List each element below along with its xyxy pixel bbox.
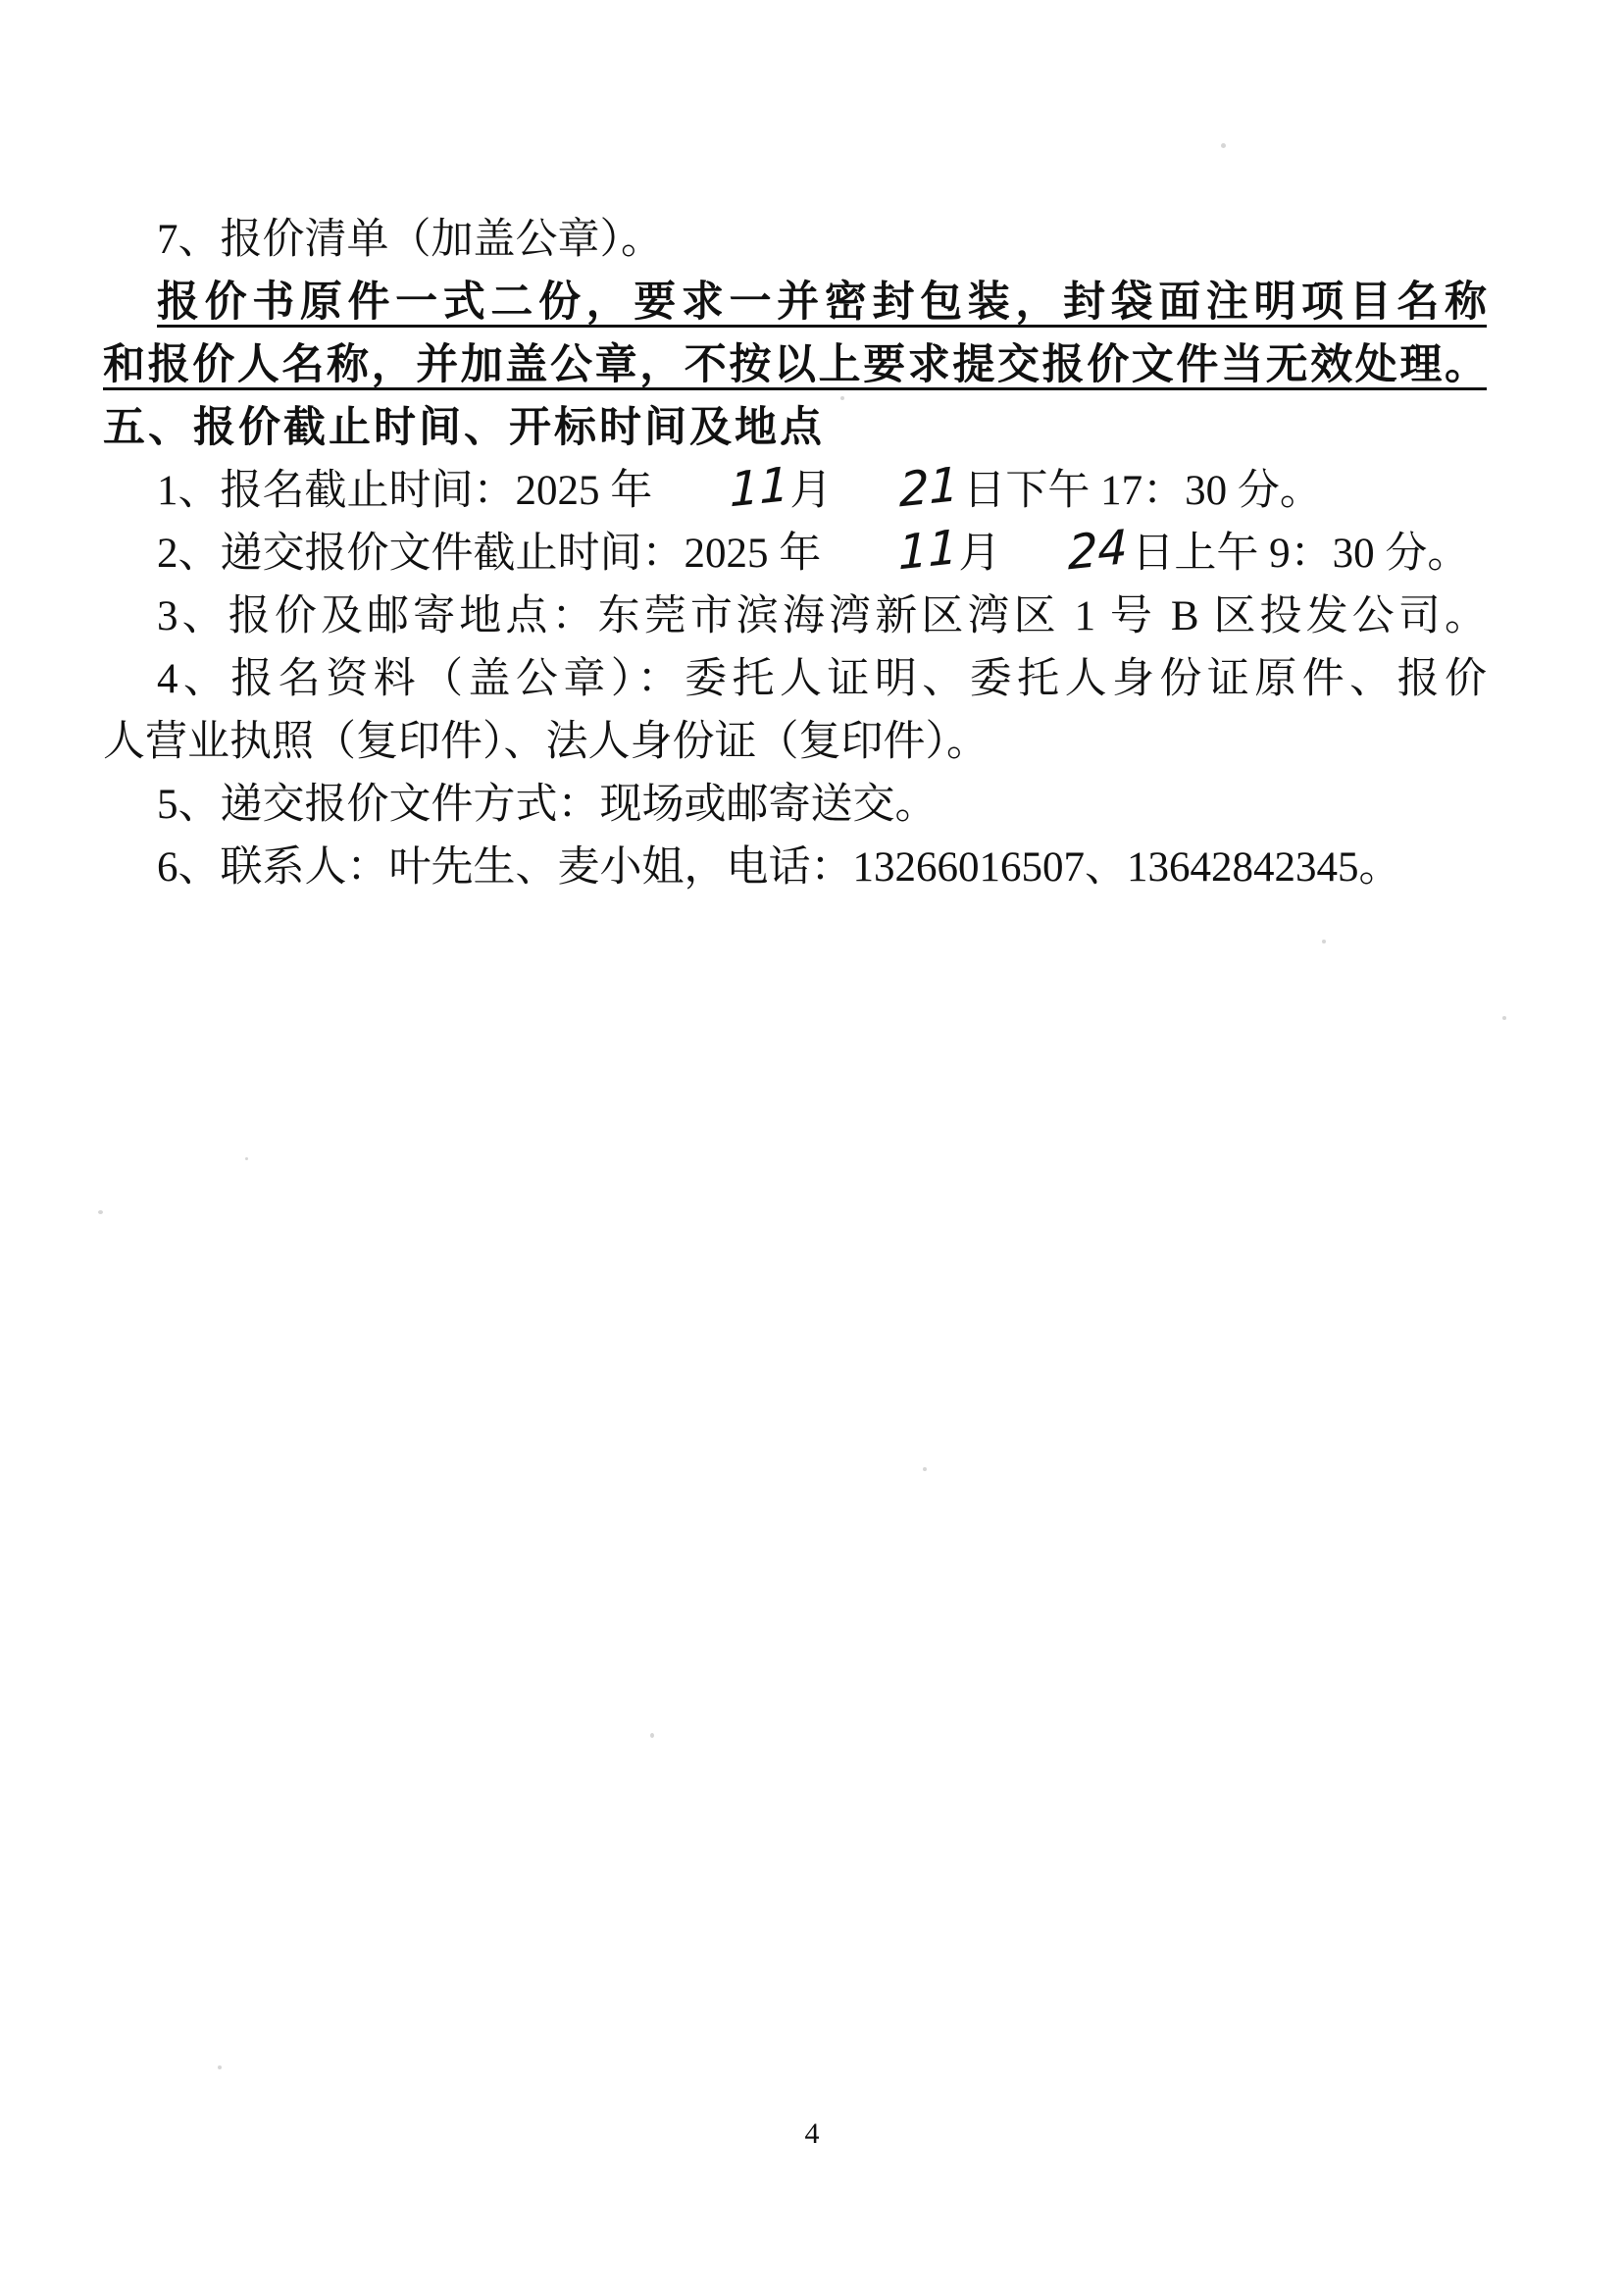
deadline-signup-text: 1、报名截止时间：2025 年 xyxy=(157,468,652,514)
item-7-line: 7、报价清单（加盖公章）。 xyxy=(103,209,1487,272)
deadline-submit-text: 2、递交报价文件截止时间：2025 年 xyxy=(157,531,821,577)
scan-speck xyxy=(1502,1016,1506,1020)
deadline-signup-line: 1、报名截止时间：2025 年11月21日下午 17：30 分。 xyxy=(103,460,1487,523)
month-label-1: 月 xyxy=(789,468,832,514)
delivery-method-line: 5、递交报价文件方式：现场或邮寄送交。 xyxy=(103,774,1487,837)
deadline-submit-line: 2、递交报价文件截止时间：2025 年11月24日上午 9：30 分。 xyxy=(103,523,1487,586)
scan-speck xyxy=(923,1467,927,1471)
deadline-signup-tail: 日下午 17：30 分。 xyxy=(963,468,1322,514)
month-label-2: 月 xyxy=(958,531,1000,577)
notice-line-2: 和报价人名称，并加盖公章，不按以上要求提交报价文件当无效处理。 xyxy=(103,334,1487,397)
document-body: 7、报价清单（加盖公章）。 报价书原件一式二份，要求一并密封包装，封袋面注明项目… xyxy=(103,209,1487,899)
materials-line-2: 人营业执照（复印件）、法人身份证（复印件）。 xyxy=(103,711,1487,774)
page-number: 4 xyxy=(0,2116,1624,2152)
document-page: 7、报价清单（加盖公章）。 报价书原件一式二份，要求一并密封包装，封袋面注明项目… xyxy=(0,0,1624,2293)
scan-speck xyxy=(218,2065,222,2069)
scan-speck xyxy=(1322,940,1326,943)
scan-speck xyxy=(840,396,844,400)
handwritten-month-1: 11 xyxy=(677,461,789,520)
scan-speck xyxy=(1221,143,1226,148)
handwritten-day-2: 24 xyxy=(1015,524,1128,583)
contact-line: 6、联系人：叶先生、麦小姐，电话：13266016507、13642842345… xyxy=(103,837,1487,899)
address-line: 3、报价及邮寄地点：东莞市滨海湾新区湾区 1 号 B 区投发公司。 xyxy=(103,586,1487,648)
scan-speck xyxy=(650,1733,654,1738)
section5-heading: 五、报价截止时间、开标时间及地点 xyxy=(103,397,1487,460)
handwritten-month-2: 11 xyxy=(845,524,958,583)
scan-speck xyxy=(245,1157,248,1160)
handwritten-day-1: 21 xyxy=(846,461,959,520)
notice-line-1: 报价书原件一式二份，要求一并密封包装，封袋面注明项目名称 xyxy=(103,272,1487,334)
materials-line-1: 4、报名资料（盖公章）：委托人证明、委托人身份证原件、报价 xyxy=(103,648,1487,711)
deadline-submit-tail: 日上午 9：30 分。 xyxy=(1132,531,1469,577)
scan-speck xyxy=(98,1210,103,1214)
